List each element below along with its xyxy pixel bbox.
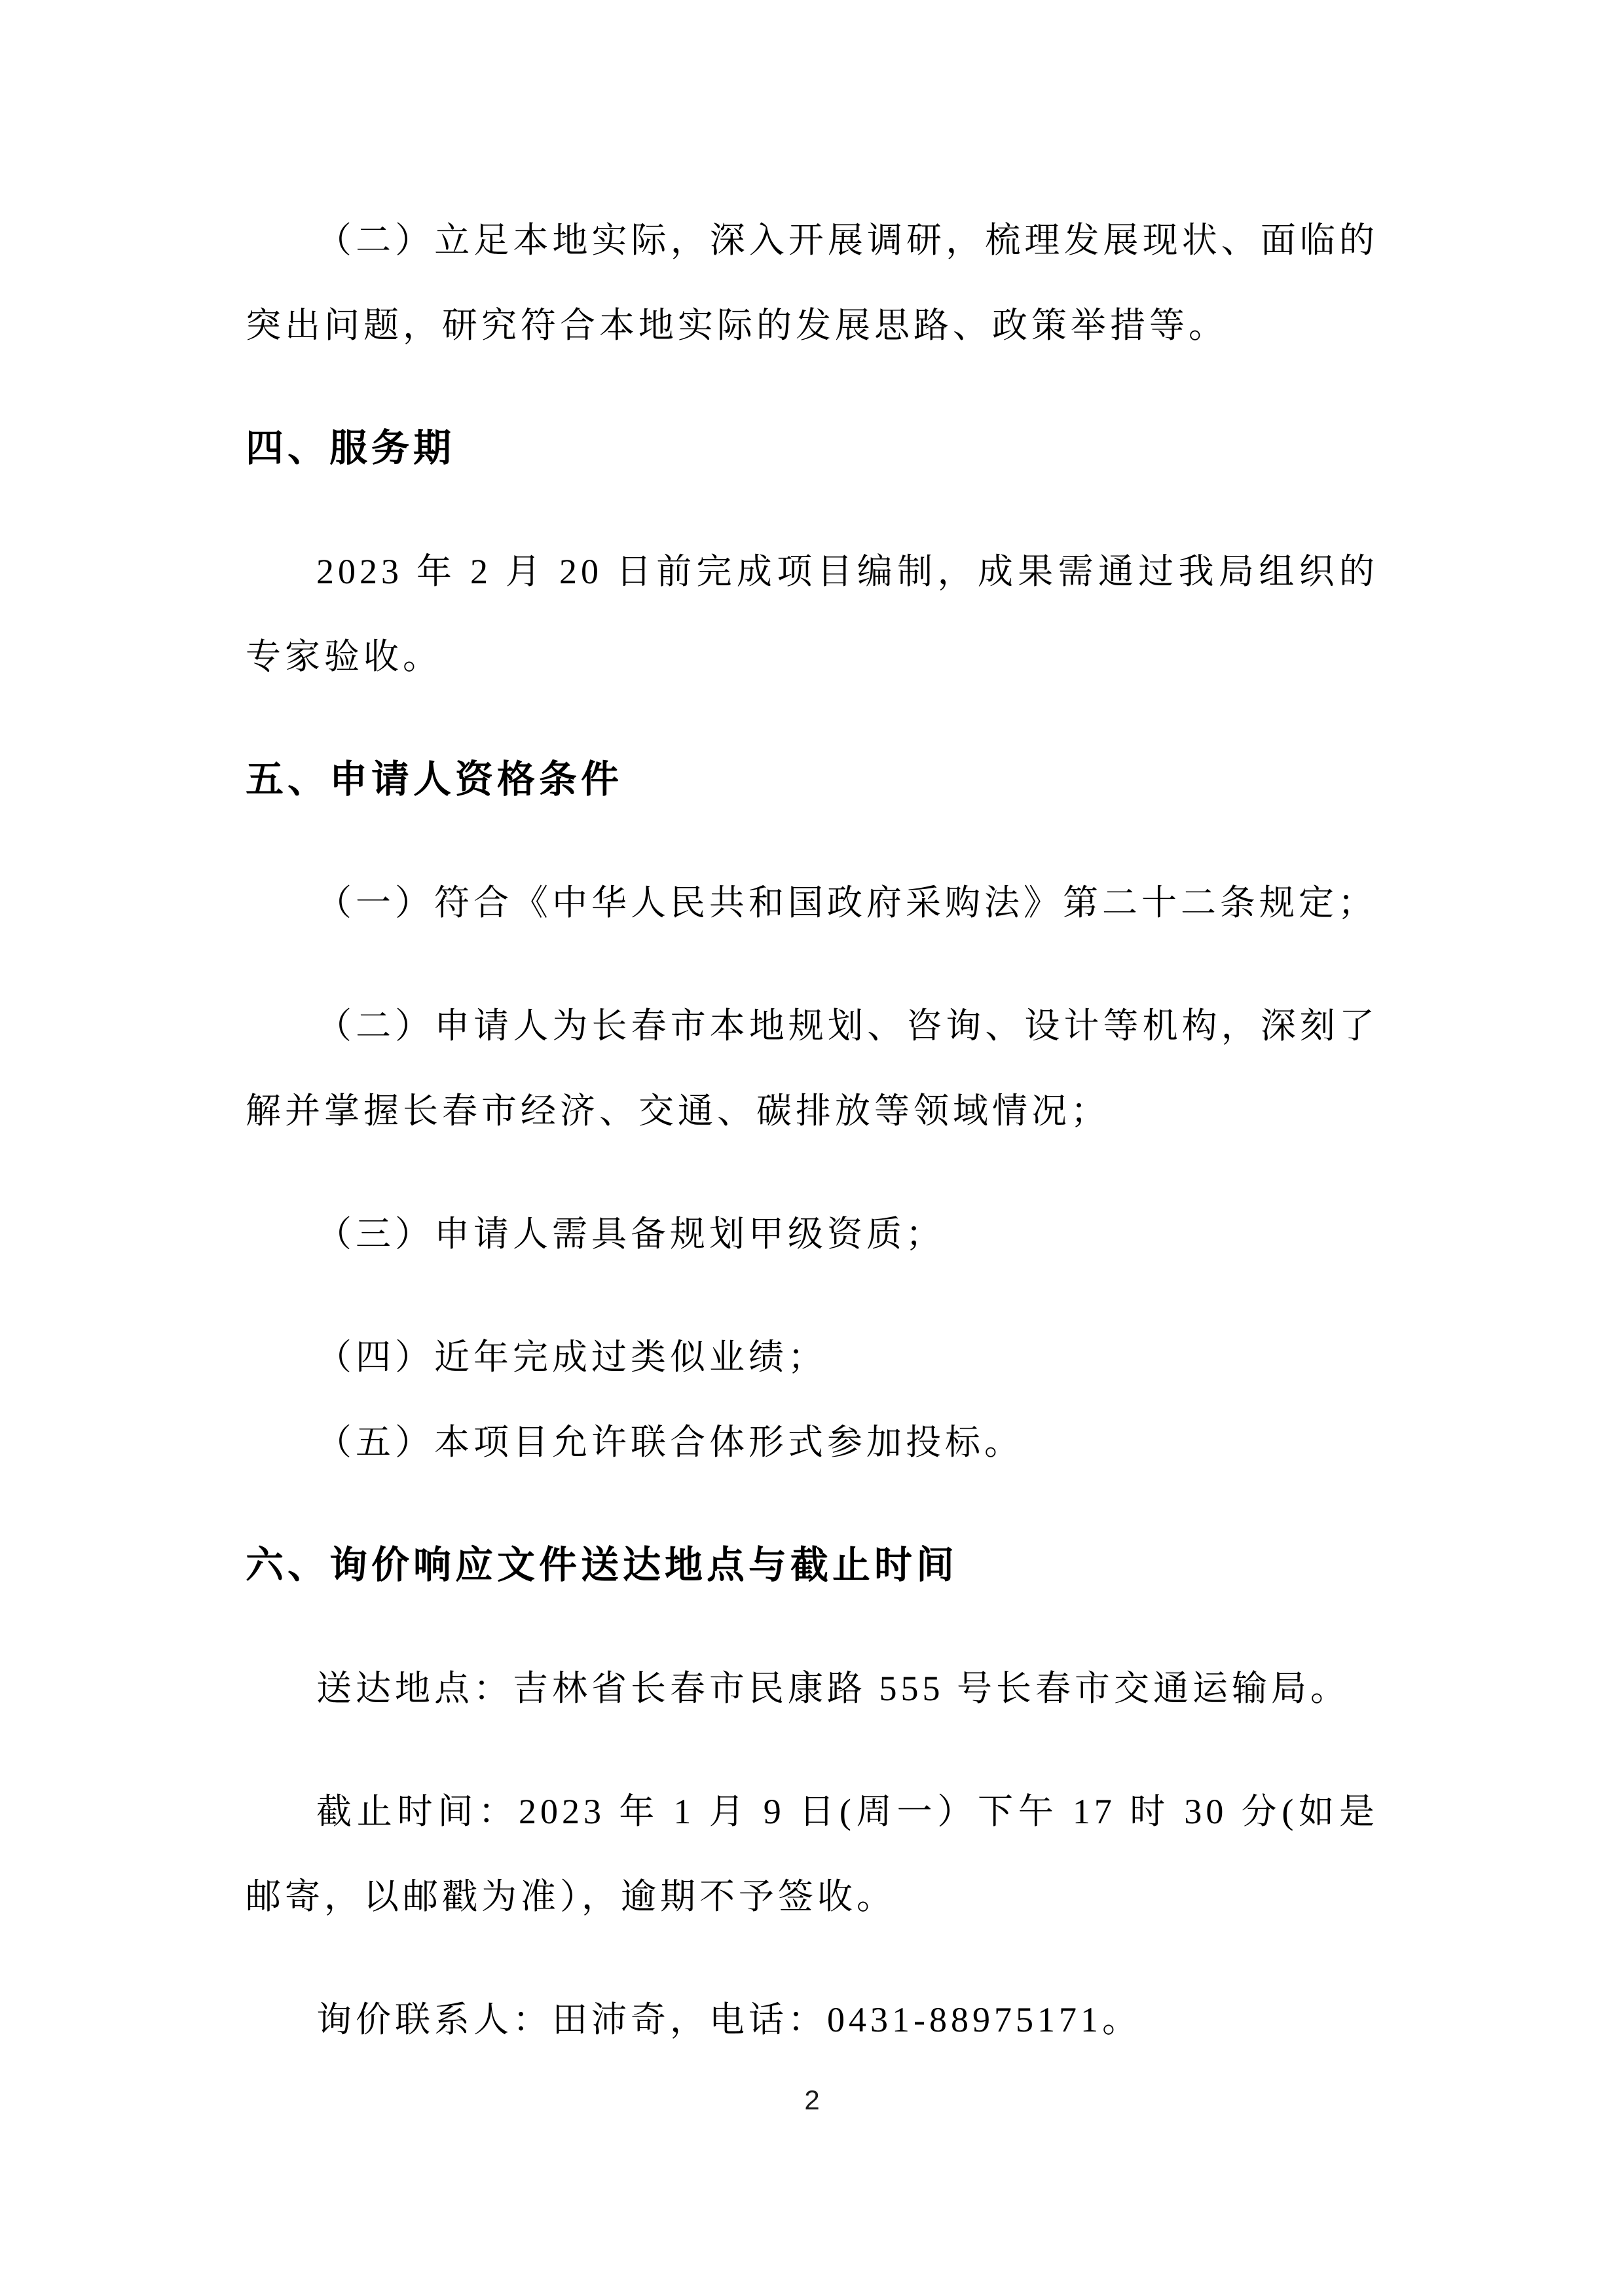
heading-applicant-qualification: 五、申请人资格条件 [246, 737, 1378, 822]
document-page: （二）立足本地实际，深入开展调研，梳理发展现状、面临的突出问题，研究符合本地实际… [0, 0, 1624, 2296]
paragraph-qualification-item-5: （五）本项目允许联合体形式参加投标。 [246, 1400, 1378, 1485]
page-number: 2 [0, 2081, 1624, 2120]
paragraph-qualification-item-4: （四）近年完成过类似业绩； [246, 1315, 1378, 1400]
paragraph-qualification-item-1: （一）符合《中华人民共和国政府采购法》第二十二条规定； [246, 860, 1378, 945]
paragraph-deadline: 截止时间：2023 年 1 月 9 日(周一）下午 17 时 30 分(如是邮寄… [246, 1769, 1378, 1939]
paragraph-scope-item-2: （二）立足本地实际，深入开展调研，梳理发展现状、面临的突出问题，研究符合本地实际… [246, 198, 1378, 368]
heading-service-period: 四、服务期 [246, 406, 1378, 491]
paragraph-service-period: 2023 年 2 月 20 日前完成项目编制，成果需通过我局组织的专家验收。 [246, 529, 1378, 699]
heading-delivery-deadline: 六、询价响应文件送达地点与截止时间 [246, 1523, 1378, 1608]
paragraph-qualification-item-3: （三）申请人需具备规划甲级资质； [246, 1192, 1378, 1277]
paragraph-qualification-item-2: （二）申请人为长春市本地规划、咨询、设计等机构，深刻了解并掌握长春市经济、交通、… [246, 983, 1378, 1154]
paragraph-delivery-address: 送达地点：吉林省长春市民康路 555 号长春市交通运输局。 [246, 1646, 1378, 1731]
paragraph-contact: 询价联系人：田沛奇，电话：0431-88975171。 [246, 1977, 1378, 2062]
document-body: （二）立足本地实际，深入开展调研，梳理发展现状、面临的突出问题，研究符合本地实际… [246, 0, 1378, 2062]
